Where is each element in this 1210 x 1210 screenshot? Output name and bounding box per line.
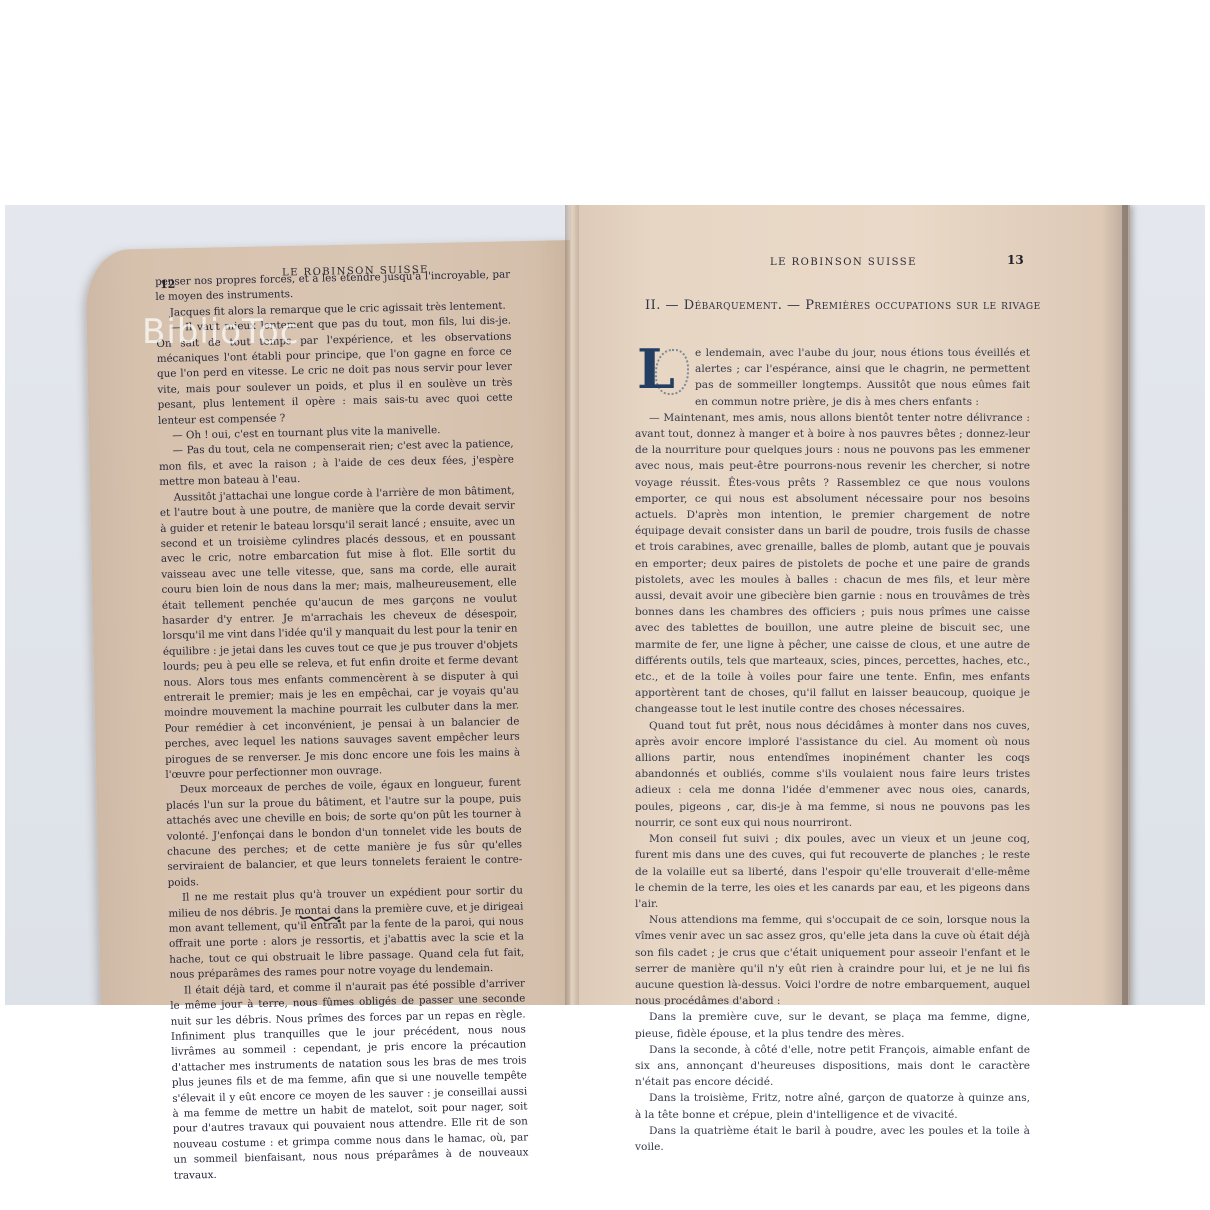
right-page-paragraph: Nous attendions ma femme, qui s'occupait…: [635, 912, 1030, 1009]
right-page-edge: [1122, 205, 1128, 1005]
right-page-text: Le lendemain, avec l'aube du jour, nous …: [635, 345, 1030, 1155]
left-page-paragraph: Il ne me restait plus qu'à trouver un ex…: [168, 884, 525, 984]
watermark: BiblioToc: [142, 312, 300, 352]
left-page-text: penser nos propres forces, et à les éten…: [155, 268, 529, 1184]
right-running-head: LE ROBINSON SUISSE: [770, 257, 917, 268]
right-page-paragraph: Dans la quatrième était le baril à poudr…: [635, 1123, 1030, 1155]
right-page-paragraph: — Maintenant, mes amis, nous allons bien…: [635, 410, 1030, 718]
chapter-title: II. — Débarquement. — Premières occupati…: [645, 298, 1045, 313]
chapter-dash-2: —: [787, 298, 801, 313]
right-page-number: 13: [1007, 253, 1024, 267]
chapter-dash-1: —: [666, 298, 680, 313]
left-page-paragraph: — Pas du tout, cela ne compenserait rien…: [159, 437, 515, 491]
chapter-title-part-1: Débarquement.: [684, 298, 783, 313]
book-gutter: [565, 205, 579, 1005]
right-page-paragraph: Dans la seconde, à côté d'elle, notre pe…: [635, 1042, 1030, 1091]
right-page-paragraph: Le lendemain, avec l'aube du jour, nous …: [635, 345, 1030, 410]
right-page-paragraph: Dans la première cuve, sur le devant, se…: [635, 1009, 1030, 1041]
chapter-title-part-2: Premières occupations sur le rivage: [805, 298, 1040, 313]
right-page-paragraph: Quand tout fut prêt, nous nous décidâmes…: [635, 718, 1030, 831]
ornamental-initial-icon: L: [635, 345, 687, 397]
chapter-number: II.: [645, 298, 661, 313]
flourish-ornament-icon: [298, 912, 342, 924]
left-page-paragraph: Il était déjà tard, et comme il n'aurait…: [170, 976, 529, 1184]
right-page-paragraph: Mon conseil fut suivi ; dix poules, avec…: [635, 831, 1030, 912]
left-page-paragraph: Deux morceaux de perches de voile, égaux…: [166, 776, 523, 891]
left-page-paragraph: Aussitôt j'attachai une longue corde à l…: [160, 483, 521, 783]
right-page-paragraph: Dans la troisième, Fritz, notre aîné, ga…: [635, 1090, 1030, 1122]
